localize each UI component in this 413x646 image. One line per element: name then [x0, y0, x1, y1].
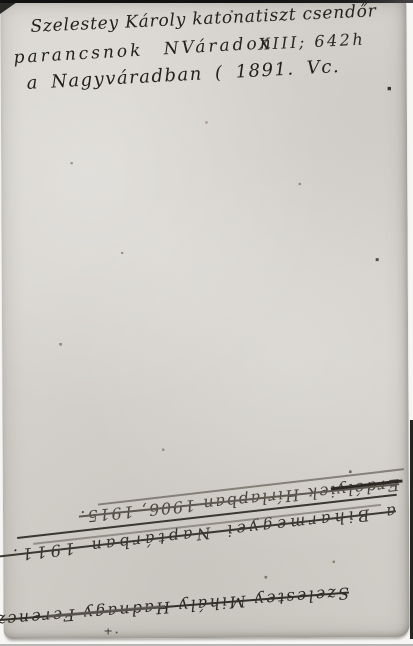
scanned-photo-verso: Szelestey Károly katonatiszt csendőr par… [0, 0, 413, 646]
crossed-out-note-3: Szelestey Mihály Hadnagy Ferencz [29, 584, 350, 628]
scan-edge-top [0, 0, 413, 3]
pencil-mark-plus [105, 628, 112, 634]
catalog-number: XIII; 642h [258, 30, 365, 54]
photo-card-back: Szelestey Károly katonatiszt csendőr par… [0, 1, 409, 639]
pencil-mark-dot [116, 631, 118, 633]
